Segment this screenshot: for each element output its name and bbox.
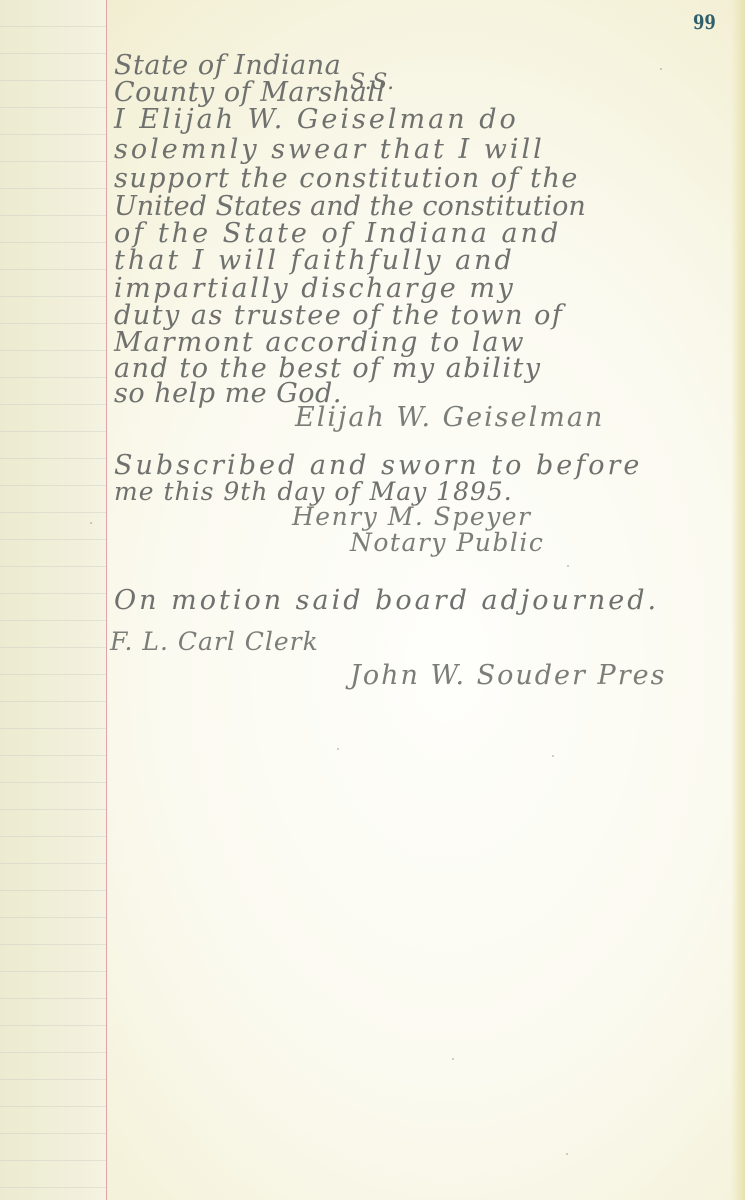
oath-line: support the constitution of the: [114, 163, 579, 194]
paper-speck: [90, 522, 92, 524]
page-number: 99: [693, 10, 716, 34]
president-signature: John W. Souder Pres: [350, 660, 666, 691]
oath-line: solemnly swear that I will: [114, 134, 545, 165]
notary-title: Notary Public: [350, 528, 544, 557]
paper-speck: [567, 565, 569, 567]
clerk-signature: F. L. Carl Clerk: [110, 627, 319, 656]
paper-speck: [566, 1153, 568, 1155]
page-edge-shadow: [731, 0, 745, 1200]
adjournment-line: On motion said board adjourned.: [114, 585, 659, 616]
oath-line: that I will faithfully and: [114, 245, 515, 276]
ledger-page: 99 State of Indiana County of Marshall S…: [0, 0, 745, 1200]
paper-speck: [660, 68, 662, 70]
notary-name: Henry M. Speyer: [292, 502, 532, 531]
paper-speck: [337, 748, 339, 750]
oath-line: I Elijah W. Geiselman do: [114, 104, 519, 135]
paper-speck: [552, 755, 554, 757]
red-margin-line: [106, 0, 107, 1200]
oath-signature: Elijah W. Geiselman: [295, 402, 604, 433]
faint-ruled-lines: [0, 0, 107, 1200]
paper-speck: [452, 1058, 454, 1060]
venue-ss: S.S.: [350, 70, 395, 95]
